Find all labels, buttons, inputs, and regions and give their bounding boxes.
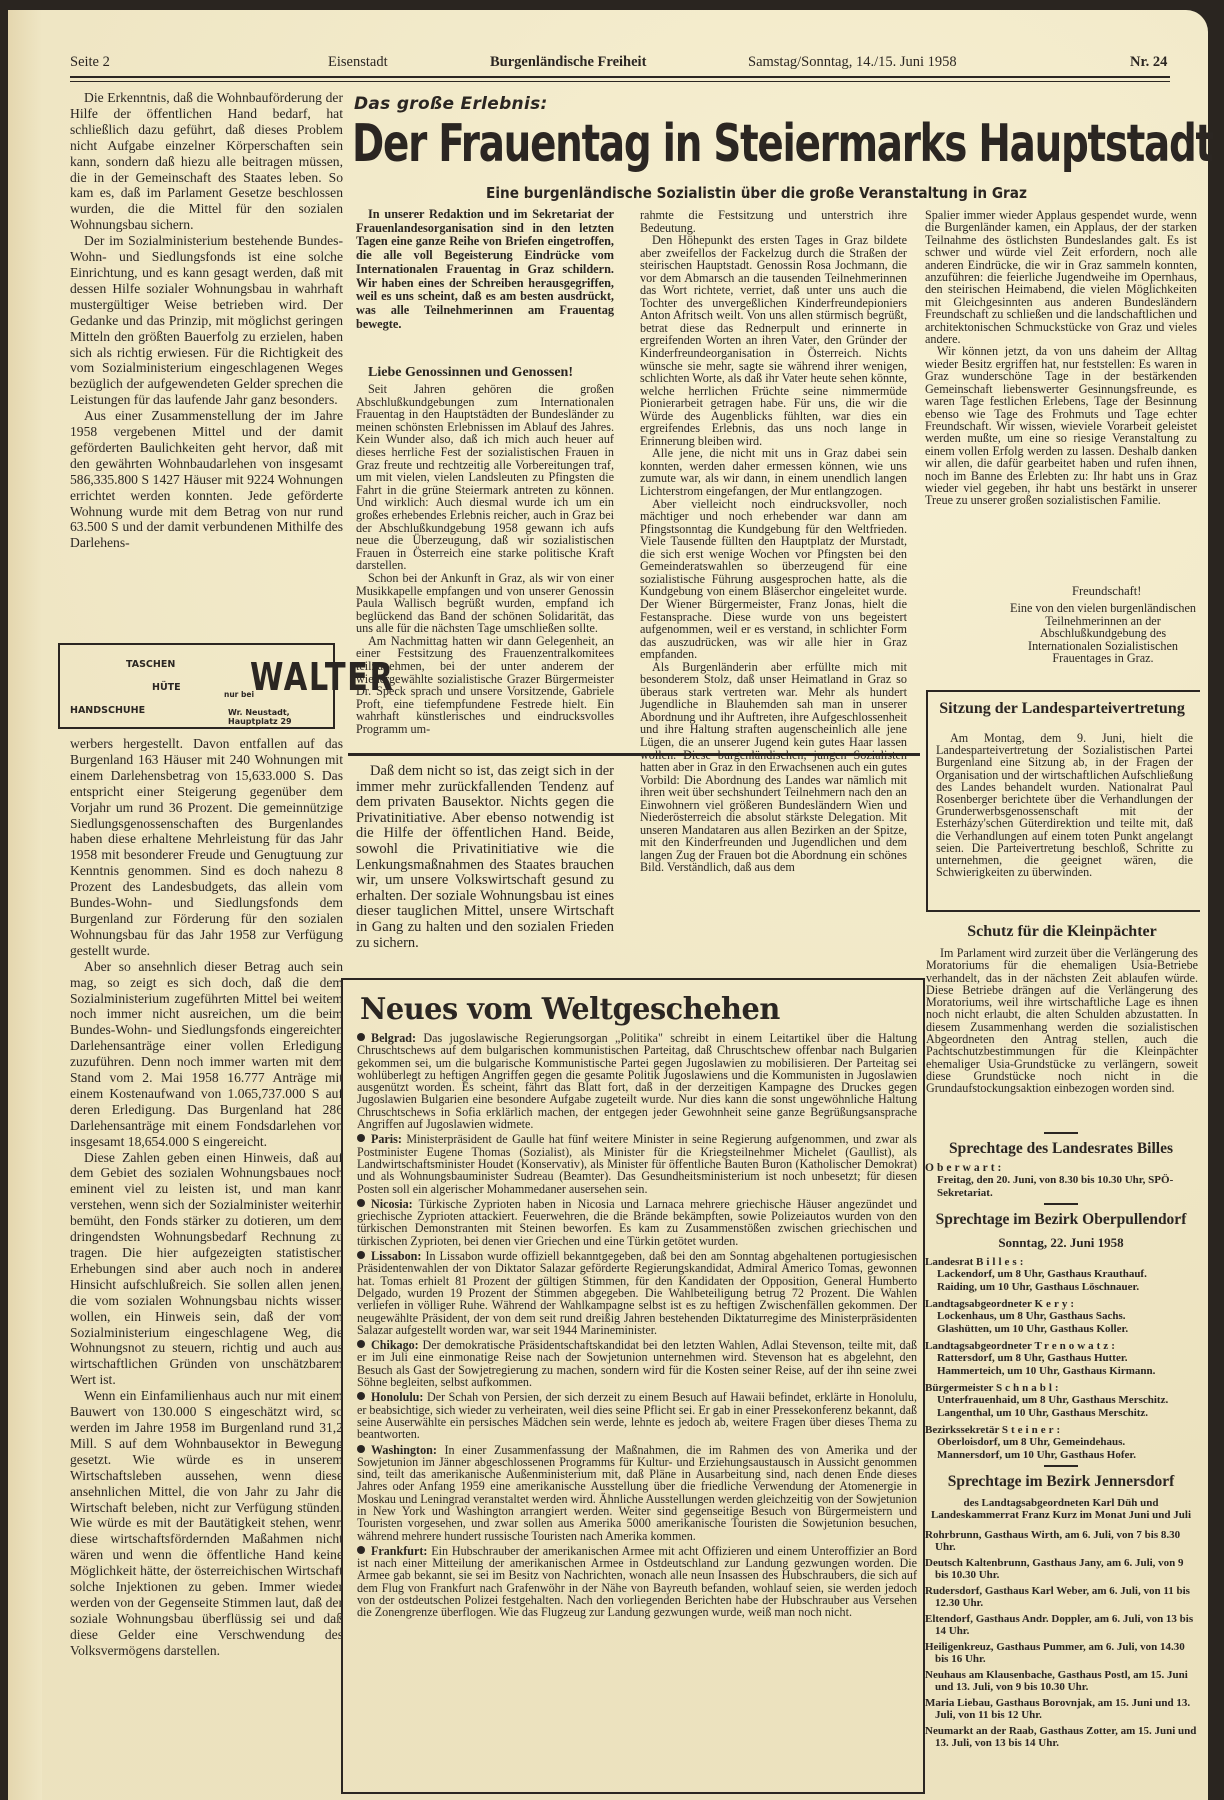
schedule-entry: Rohrbrunn, Gasthaus Wirth, am 6. Juli, v…: [925, 1529, 1197, 1553]
paragraph: Aber so ansehnlich dieser Betrag auch se…: [70, 959, 343, 1150]
paragraph: Schon bei der Ankunft in Graz, als wir v…: [356, 572, 614, 635]
paragraph: Im Parlament wird zurzeit über die Verlä…: [926, 947, 1198, 1095]
sitzung-title: Sitzung der Landesparteivertretung: [926, 700, 1198, 718]
story-intro: In unserer Redaktion und im Sekretariat …: [356, 208, 614, 331]
schedule-entry: Neumarkt an der Raab, Gasthaus Zotter, a…: [925, 1725, 1197, 1749]
housing-article-top: Die Erkenntnis, daß die Wohnbauförderung…: [70, 90, 343, 551]
schutz-body: Im Parlament wird zurzeit über die Verlä…: [926, 947, 1198, 1095]
story-subhead: Eine burgenländische Sozialistin über di…: [486, 184, 1027, 202]
schedule-entry: Mannersdorf, um 10 Uhr, Gasthaus Hofer.: [925, 1449, 1197, 1462]
paragraph: Am Montag, dem 9. Juni, hielt die Landes…: [936, 732, 1193, 878]
ad-item: HÜTE: [152, 682, 181, 693]
letter-column-2: rahmte die Festsitzung und unterstrich i…: [640, 209, 907, 874]
schedule-entry: Glashütten, um 10 Uhr, Gasthaus Koller.: [925, 1323, 1197, 1336]
short-rule: [1044, 1203, 1078, 1205]
bullet-icon: [357, 1033, 365, 1041]
schedule-entry: Raiding, um 10 Uhr, Gasthaus Löschnauer.: [925, 1281, 1197, 1294]
world-news-title: Neues vom Weltgeschehen: [360, 992, 780, 1027]
bullet-icon: [357, 1340, 365, 1348]
housing-article-continuation: Daß dem nicht so ist, das zeigt sich in …: [356, 764, 614, 951]
letter-signature: Eine von den vielen burgenländischen Tei…: [1008, 602, 1198, 665]
paragraph: Diese Zahlen geben einen Hinweis, daß au…: [70, 1150, 343, 1389]
news-item: Belgrad: Das jugoslawische Regierungsorg…: [357, 1032, 917, 1130]
paragraph: Die Erkenntnis, daß die Wohnbauförderung…: [70, 90, 343, 233]
schedule-entry: Neuhaus am Klausenbache, Gasthaus Postl,…: [925, 1669, 1197, 1693]
letter-column-1: Seit Jahren gehören die großen Abschlußk…: [356, 383, 614, 736]
schedule-entry: Oberloisdorf, um 8 Uhr, Gemeindehaus.: [925, 1436, 1197, 1449]
housing-article-bottom: werbers hergestellt. Davon entfallen auf…: [70, 736, 343, 1659]
schedule-entry: Lackendorf, um 8 Uhr, Gasthaus Krauthauf…: [925, 1268, 1197, 1281]
issue-number: Nr. 24: [1130, 54, 1167, 71]
sitzung-body: Am Montag, dem 9. Juni, hielt die Landes…: [936, 732, 1193, 878]
news-item: Honolulu: Der Schah von Persien, der sic…: [357, 1391, 917, 1440]
paragraph: Aus einer Zusammenstellung der im Jahre …: [70, 408, 343, 551]
schedule-entry: Unterfrauenhaid, um 8 Uhr, Gasthaus Mers…: [925, 1394, 1197, 1407]
speaker-label: Landtagsabgeordneter Trenowatz:: [925, 1340, 1197, 1352]
schedule-entry: Rudersdorf, Gasthaus Karl Weber, am 6. J…: [925, 1585, 1197, 1609]
ad-address: Wr. Neustadt, Hauptplatz 29: [228, 708, 333, 726]
news-text: In einer Zusammenfassung der Maßnahmen, …: [357, 1443, 917, 1543]
paragraph: Der im Sozialministerium bestehende Bund…: [70, 233, 343, 408]
jennersdorf-entries: Rohrbrunn, Gasthaus Wirth, am 6. Juli, v…: [925, 1529, 1197, 1749]
news-item: Frankfurt: Ein Hubschrauber der amerikan…: [357, 1545, 917, 1619]
news-text: Das jugoslawische Regierungsorgan „Polit…: [357, 1031, 917, 1131]
short-rule: [1044, 1465, 1078, 1467]
newspaper-name: Burgenländische Freiheit: [490, 54, 646, 71]
walter-advertisement: TASCHEN HÜTE HANDSCHUHE nur bei WALTER W…: [58, 643, 335, 729]
news-text: Der demokratische Präsidentschaftskandid…: [357, 1338, 917, 1389]
ad-item: HANDSCHUHE: [70, 705, 145, 716]
billes-title: Sprechtage des Landesrates Billes: [925, 1140, 1197, 1158]
story-headline: Der Frauentag in Steiermarks Hauptstadt: [352, 114, 1033, 174]
paragraph: Spalier immer wieder Applaus gespendet w…: [925, 209, 1197, 345]
paragraph: Als Burgenländerin aber erfüllte mich mi…: [640, 661, 907, 874]
news-text: Ein Hubschrauber der amerikanischen Arme…: [357, 1544, 917, 1619]
oberpullendorf-title: Sprechtage im Bezirk Oberpullendorf: [925, 1211, 1197, 1229]
paragraph: Am Nachmittag hatten wir dann Gelegenhei…: [356, 635, 614, 736]
speaker-label: Bezirkssekretär Steiner:: [925, 1424, 1197, 1436]
schedule-entry: Lockenhaus, um 8 Uhr, Gasthaus Sachs.: [925, 1310, 1197, 1323]
ad-item: TASCHEN: [126, 659, 175, 670]
paragraph: Alle jene, die nicht mit uns in Graz dab…: [640, 447, 907, 497]
speaker-label: Landtagsabgeordneter Kery:: [925, 1298, 1197, 1310]
news-item: Lissabon: In Lissabon wurde offiziell be…: [357, 1250, 917, 1336]
intro-text: In unserer Redaktion und im Sekretariat …: [356, 208, 614, 331]
news-text: Ministerpräsident de Gaulle hat fünf wei…: [357, 1132, 917, 1195]
paragraph: Den Höhepunkt des ersten Tages in Graz b…: [640, 234, 907, 447]
paragraph: Wenn ein Einfamilienhaus auch nur mit ei…: [70, 1388, 343, 1658]
schutz-title: Schutz für die Kleinpächter: [926, 923, 1198, 941]
speaker-label: Bürgermeister Schnabl:: [925, 1382, 1197, 1394]
jennersdorf-title: Sprechtage im Bezirk Jennersdorf: [925, 1473, 1197, 1491]
news-item: Nicosia: Türkische Zyprioten haben in Ni…: [357, 1198, 917, 1247]
bullet-icon: [357, 1546, 365, 1554]
header-rule: [70, 76, 1170, 82]
jennersdorf-subtitle: des Landtagsabgeordneten Karl Düh und La…: [925, 1497, 1197, 1521]
news-item: Chikago: Der demokratische Präsidentscha…: [357, 1339, 917, 1388]
paragraph: rahmte die Festsitzung und unterstrich i…: [640, 209, 907, 234]
paragraph: werbers hergestellt. Davon entfallen auf…: [70, 736, 343, 959]
schedule-entry: Hammerteich, um 10 Uhr, Gasthaus Kirmann…: [925, 1365, 1197, 1378]
schedule-entry: Eltendorf, Gasthaus Andr. Doppler, am 6.…: [925, 1613, 1197, 1637]
bullet-icon: [357, 1445, 365, 1453]
letter-salutation: Liebe Genossinnen und Genossen!: [368, 365, 573, 381]
news-text: In Lissabon wurde offiziell bekanntgegeb…: [357, 1249, 917, 1337]
schedule-entry: Maria Liebau, Gasthaus Borovnjak, am 15.…: [925, 1697, 1197, 1721]
world-news-list: Belgrad: Das jugoslawische Regierungsorg…: [357, 1032, 917, 1622]
section-divider: [348, 753, 920, 756]
header-place: Eisenstadt: [328, 54, 388, 71]
page-header: Seite 2 Eisenstadt Burgenländische Freih…: [70, 54, 1170, 76]
oberpullendorf-groups: Landesrat Billes:Lackendorf, um 8 Uhr, G…: [925, 1256, 1197, 1461]
schedule-entry: Rattersdorf, um 8 Uhr, Gasthaus Hutter.: [925, 1352, 1197, 1365]
paragraph: Daß dem nicht so ist, das zeigt sich in …: [356, 764, 614, 951]
bullet-icon: [357, 1134, 365, 1142]
schedule-entry: Deutsch Kaltenbrunn, Gasthaus Jany, am 6…: [925, 1557, 1197, 1581]
short-rule: [1044, 1132, 1078, 1134]
newspaper-page: Seite 2 Eisenstadt Burgenländische Freih…: [8, 10, 1208, 1800]
issue-date: Samstag/Sonntag, 14./15. Juni 1958: [748, 54, 957, 71]
bullet-icon: [357, 1251, 365, 1259]
news-text: Türkische Zyprioten haben in Nicosia und…: [357, 1197, 917, 1248]
bullet-icon: [357, 1199, 365, 1207]
billes-detail: Freitag, den 20. Juni, von 8.30 bis 10.3…: [925, 1174, 1197, 1199]
letter-column-3: Spalier immer wieder Applaus gespendet w…: [925, 209, 1197, 507]
news-item: Paris: Ministerpräsident de Gaulle hat f…: [357, 1133, 917, 1194]
page-number: Seite 2: [70, 54, 110, 71]
schedule-entry: Heiligenkreuz, Gasthaus Pummer, am 6. Ju…: [925, 1641, 1197, 1665]
news-text: Der Schah von Persien, der sich derzeit …: [357, 1390, 917, 1441]
paragraph: Aber vielleicht noch eindrucksvoller, no…: [640, 498, 907, 661]
sprechtage-section: Sprechtage des Landesrates Billes Oberwa…: [925, 1128, 1197, 1753]
news-item: Washington: In einer Zusammenfassung der…: [357, 1444, 917, 1542]
paragraph: Wir können jetzt, da von uns daheim der …: [925, 345, 1197, 506]
story-kicker: Das große Erlebnis:: [354, 94, 548, 114]
billes-location: Oberwart:: [925, 1162, 1197, 1174]
schedule-entry: Langenthal, um 10 Uhr, Gasthaus Merschit…: [925, 1407, 1197, 1420]
bullet-icon: [357, 1392, 365, 1400]
page-edge: [8, 10, 42, 1800]
letter-signoff: Freundschaft!: [1072, 584, 1141, 599]
speaker-label: Landesrat Billes:: [925, 1256, 1197, 1268]
oberpullendorf-date: Sonntag, 22. Juni 1958: [925, 1235, 1197, 1251]
paragraph: Seit Jahren gehören die großen Abschlußk…: [356, 383, 614, 572]
